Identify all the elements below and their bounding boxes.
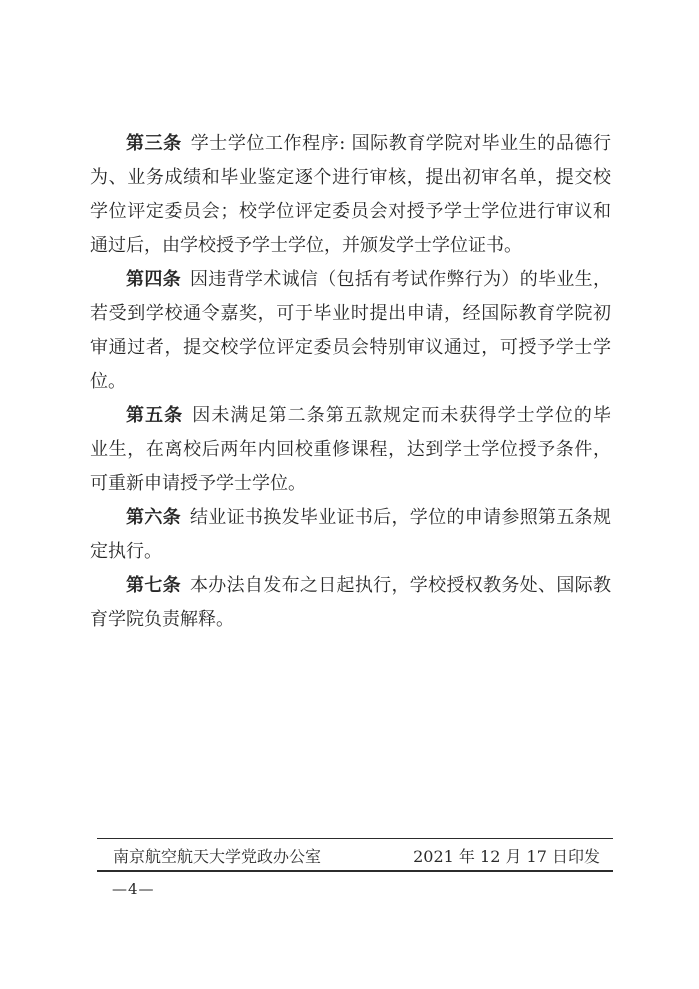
article-number: 第五条 [126,405,183,426]
text-line: 第六条结业证书换发毕业证书后，学位的申请参照第五条规 [90,501,611,535]
text-line: 业生，在离校后两年内回校重修课程，达到学士学位授予条件， [90,433,611,467]
text-line: 可重新申请授予学士学位。 [90,467,611,501]
text-line: 第五条因未满足第二条第五款规定而未获得学士学位的毕 [90,399,611,433]
document-body: 第三条学士学位工作程序: 国际教育学院对毕业生的品德行 为、业务成绩和毕业鉴定逐… [90,127,611,637]
article-number: 第四条 [126,269,181,290]
article-text: 因违背学术诚信（包括有考试作弊行为）的毕业生， [190,269,611,290]
page-number: —4— [112,880,155,898]
text-line: 审通过者，提交校学位评定委员会特别审议通过，可授予学士学 [90,331,611,365]
issue-date: 2021 年 12 月 17 日印发 [413,844,600,867]
text-line: 为、业务成绩和毕业鉴定逐个进行审核，提出初审名单，提交校 [90,161,611,195]
article-5: 第五条因未满足第二条第五款规定而未获得学士学位的毕 业生，在离校后两年内回校重修… [90,399,611,501]
article-text: 因未满足第二条第五款规定而未获得学士学位的毕 [192,405,611,426]
article-text: 本办法自发布之日起执行，学校授权教务处、国际教 [190,575,611,596]
text-line: 第三条学士学位工作程序: 国际教育学院对毕业生的品德行 [90,127,611,161]
article-3: 第三条学士学位工作程序: 国际教育学院对毕业生的品德行 为、业务成绩和毕业鉴定逐… [90,127,611,263]
article-7: 第七条本办法自发布之日起执行，学校授权教务处、国际教 育学院负责解释。 [90,569,611,637]
article-text: 结业证书换发毕业证书后，学位的申请参照第五条规 [190,507,611,528]
text-line: 若受到学校通令嘉奖，可于毕业时提出申请，经国际教育学院初 [90,297,611,331]
article-number: 第七条 [126,575,181,596]
footer-rule-top [97,838,613,839]
article-number: 第六条 [126,507,181,528]
footer-imprint: 南京航空航天大学党政办公室 2021 年 12 月 17 日印发 [97,841,613,870]
article-text: 学士学位工作程序: 国际教育学院对毕业生的品德行 [191,133,611,154]
text-line: 通过后，由学校授予学士学位，并颁发学士学位证书。 [90,229,611,263]
footer-rule-bottom [97,870,613,872]
text-line: 育学院负责解释。 [90,603,611,637]
text-line: 位。 [90,365,611,399]
article-4: 第四条因违背学术诚信（包括有考试作弊行为）的毕业生， 若受到学校通令嘉奖，可于毕… [90,263,611,399]
article-6: 第六条结业证书换发毕业证书后，学位的申请参照第五条规 定执行。 [90,501,611,569]
issuing-office: 南京航空航天大学党政办公室 [113,844,321,867]
text-line: 学位评定委员会；校学位评定委员会对授予学士学位进行审议和 [90,195,611,229]
text-line: 定执行。 [90,535,611,569]
document-page: 第三条学士学位工作程序: 国际教育学院对毕业生的品德行 为、业务成绩和毕业鉴定逐… [0,0,699,989]
article-number: 第三条 [126,133,182,154]
text-line: 第七条本办法自发布之日起执行，学校授权教务处、国际教 [90,569,611,603]
text-line: 第四条因违背学术诚信（包括有考试作弊行为）的毕业生， [90,263,611,297]
